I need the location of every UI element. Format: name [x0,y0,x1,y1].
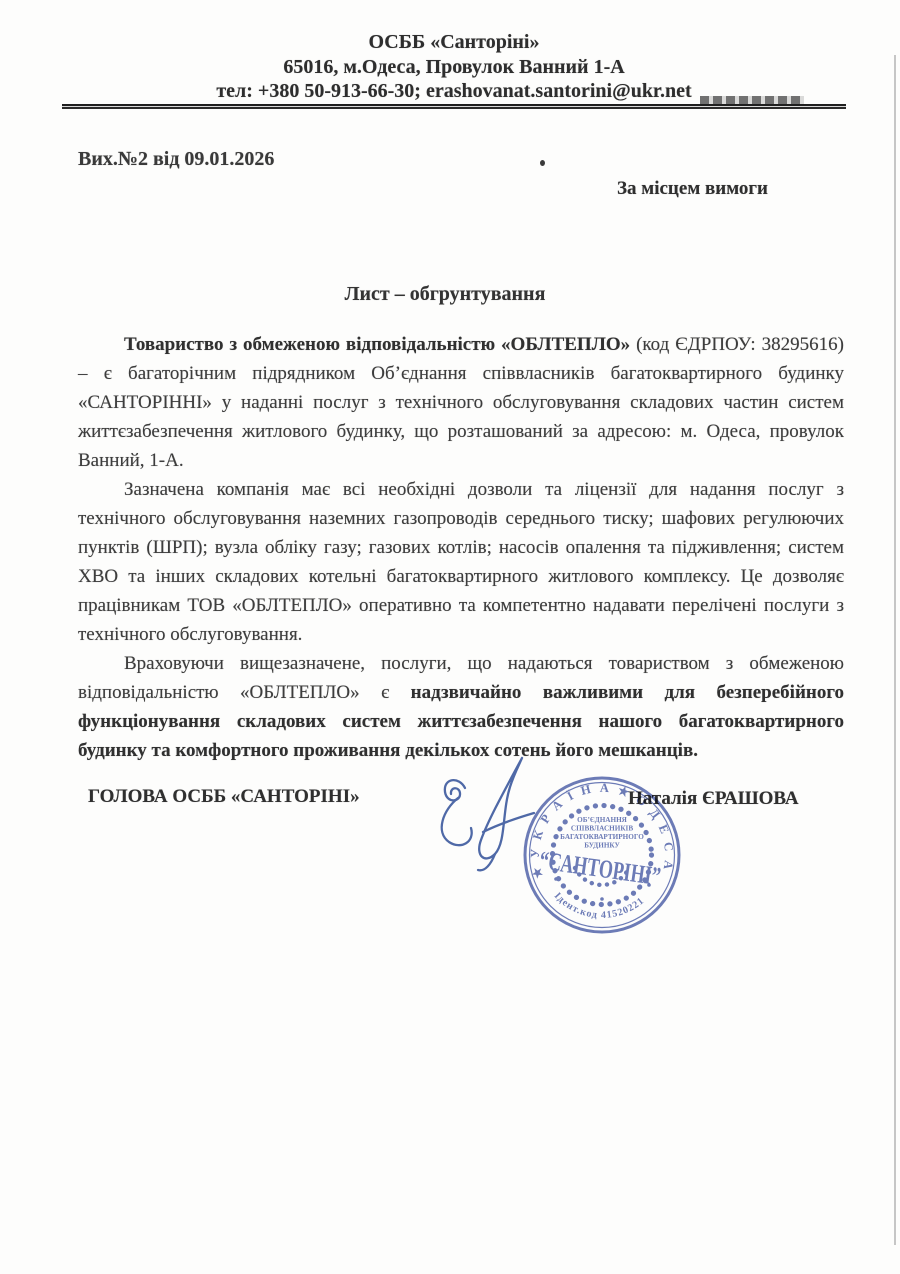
stamp-center-line-1: ОБ’ЄДНАННЯ [577,816,628,824]
paragraph-3: Враховуючи вищезазначене, послуги, що на… [78,649,844,765]
outgoing-number: Вих.№2 від 09.01.2026 [78,148,274,171]
scan-artifact-smudge [700,96,804,104]
stamp-center-line-3: БАГАТОКВАРТИРНОГО [560,833,644,841]
stamp-center-line-2: СПІВВЛАСНИКІВ [571,825,633,833]
paragraph-1: Товариство з обмеженою відповідальністю … [78,330,844,475]
scan-edge-line [894,55,896,1245]
stamp-dot-right [647,883,651,887]
letterhead: ОСББ «Санторіні» 65016, м.Одеса, Провуло… [62,30,846,104]
round-stamp: ★ У К Р А Ї Н А ★ О Д Е С А Ідент.код 41… [506,759,698,951]
stamp-center-line-4: БУДИНКУ [584,842,620,850]
paragraph-2: Зазначена компанія має всі необхідні доз… [78,475,844,649]
stamp-dot-left [554,877,558,881]
letter-title: Лист – обгрунтування [62,283,828,306]
stamp-dot-bottom [600,897,604,901]
scanned-letter-page: ОСББ «Санторіні» 65016, м.Одеса, Провуло… [0,0,900,1274]
scan-dot-artifact [540,160,545,166]
header-divider [62,104,846,109]
paragraph-1-company-bold: Товариство з обмеженою відповідальністю … [124,334,630,355]
recipient-note: За місцем вимоги [617,178,768,200]
signatory-position: ГОЛОВА ОСББ «САНТОРІНІ» [88,786,360,808]
org-address: 65016, м.Одеса, Провулок Ванний 1-А [62,55,846,80]
letter-body: Товариство з обмеженою відповідальністю … [78,330,844,765]
org-name: ОСББ «Санторіні» [62,30,846,55]
